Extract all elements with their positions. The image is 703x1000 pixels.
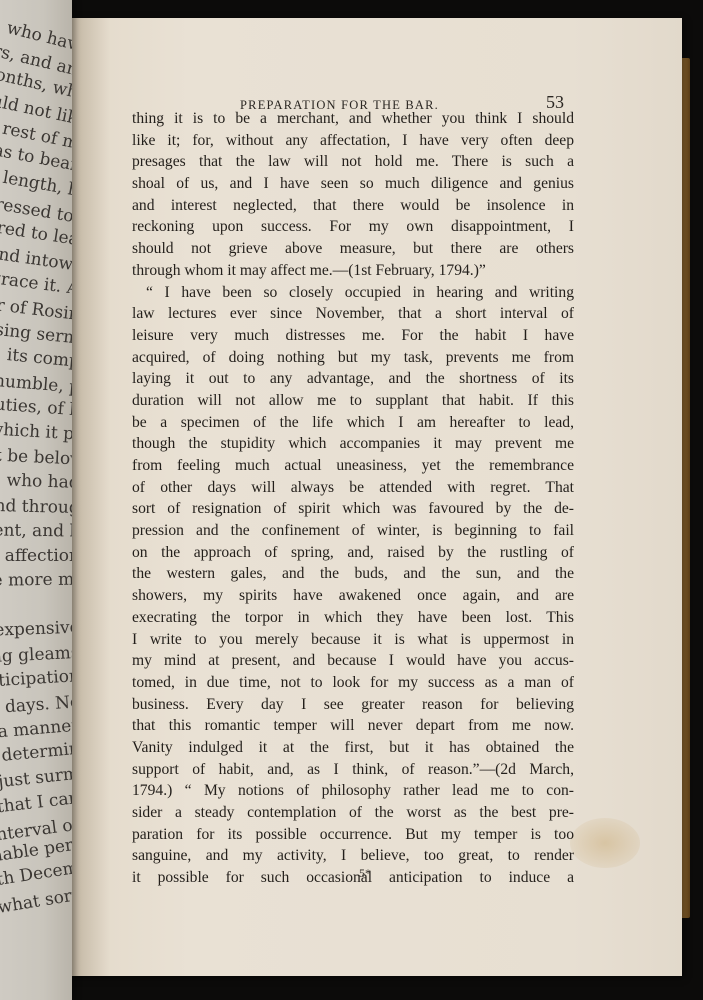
text-line: that this romantic temper will never dep… bbox=[132, 715, 574, 737]
text-line: the western gales, and the buds, and the… bbox=[132, 563, 574, 585]
text-line: of other days will always be attended wi… bbox=[132, 477, 574, 499]
left-page-text-fragment: sting gleams bbox=[0, 642, 72, 667]
text-line: and interest neglected, that there would… bbox=[132, 195, 574, 217]
left-page-text-fragment: ecial affection bbox=[0, 546, 72, 566]
left-page-text-fragment: in which it pl bbox=[0, 418, 72, 445]
page-header: PREPARATION FOR THE BAR. 53 bbox=[70, 74, 682, 104]
text-line: execrating the torpor in which they have… bbox=[132, 607, 574, 629]
text-line: on the approach of spring, and, raised b… bbox=[132, 542, 574, 564]
text-line: laying it out to any advantage, and the … bbox=[132, 368, 574, 390]
text-line: Vanity indulged it at the first, but it … bbox=[132, 737, 574, 759]
signature-mark: 5* bbox=[359, 866, 371, 881]
text-line: sanguine, and my activity, I believe, to… bbox=[132, 845, 574, 867]
left-page-text-fragment: frey, who had bbox=[0, 469, 72, 493]
text-line: sider a steady contemplation of the wors… bbox=[132, 802, 574, 824]
text-line: paration for its possible occurrence. Bu… bbox=[132, 824, 574, 846]
body-text: thing it is to be a merchant, and whethe… bbox=[132, 108, 574, 889]
text-line: tomed, in due time, not to look for my s… bbox=[132, 672, 574, 694]
text-line: acquired, of doing nothing but my task, … bbox=[132, 347, 574, 369]
text-line: reckoning upon success. For my own disap… bbox=[132, 216, 574, 238]
left-page-text-fragment: l duties, of h bbox=[0, 393, 72, 420]
text-line: though the stupidity which accompanies i… bbox=[132, 433, 574, 455]
text-line: law lectures ever since November, that a… bbox=[132, 303, 574, 325]
text-line: sort of resignation of spirit which was … bbox=[132, 498, 574, 520]
text-line: thing it is to be a merchant, and whethe… bbox=[132, 108, 574, 130]
left-page-text-fragment: ow that I can bbox=[0, 787, 72, 820]
left-page-text-fragment: moment, and h bbox=[0, 520, 72, 542]
text-line: “ I have been so closely occupied in hea… bbox=[132, 282, 574, 304]
text-line: pression and the confinement of winter, … bbox=[132, 520, 574, 542]
text-line: support of habit, and, as I think, of re… bbox=[132, 759, 574, 781]
left-page-text-fragment: ther expensive bbox=[0, 618, 72, 642]
book-page-right: PREPARATION FOR THE BAR. 53 thing it is … bbox=[70, 18, 682, 976]
text-line: should not grieve above measure, but the… bbox=[132, 238, 574, 260]
left-page-text-fragment: ire, and throug bbox=[0, 495, 72, 518]
text-line: 1794.) “ My notions of philosophy rather… bbox=[132, 780, 574, 802]
book-page-left-fragment: elf, who havears, and anmonths, whrould … bbox=[0, 0, 72, 1000]
text-line: through whom it may affect me.—(1st Febr… bbox=[132, 260, 574, 282]
left-page-text-fragment: ay days. No bbox=[0, 692, 72, 719]
text-line: from feeling much actual uneasiness, yet… bbox=[132, 455, 574, 477]
gutter-shadow bbox=[70, 18, 110, 976]
text-line: duration will not allow me to supplant t… bbox=[132, 390, 574, 412]
text-line: like it; for, without any affectation, I… bbox=[132, 130, 574, 152]
left-page-text-fragment: ld be more mi bbox=[0, 570, 72, 591]
foxing-stain bbox=[570, 818, 640, 868]
text-line: I write to you merely because it is what… bbox=[132, 629, 574, 651]
left-page-text-fragment: aple, humble, p bbox=[0, 367, 72, 398]
left-page-text-fragment: ow what sort bbox=[0, 884, 72, 922]
text-line: presages that the law will not hold me. … bbox=[132, 151, 574, 173]
text-line: business. Every day I see greater reason… bbox=[132, 694, 574, 716]
text-line: leisure very much distresses me. For the… bbox=[132, 325, 574, 347]
text-line: it possible for such occasional anticipa… bbox=[132, 867, 574, 889]
text-line: be a specimen of the life which I am her… bbox=[132, 412, 574, 434]
text-line: my mind at present, and because I would … bbox=[132, 650, 574, 672]
text-line: shoal of us, and I have seen so much dil… bbox=[132, 173, 574, 195]
left-page-text-fragment: t but be belov bbox=[0, 444, 72, 470]
left-page-text-fragment: d anticipation bbox=[0, 666, 72, 693]
text-line: showers, my spirits have awakened once a… bbox=[132, 585, 574, 607]
